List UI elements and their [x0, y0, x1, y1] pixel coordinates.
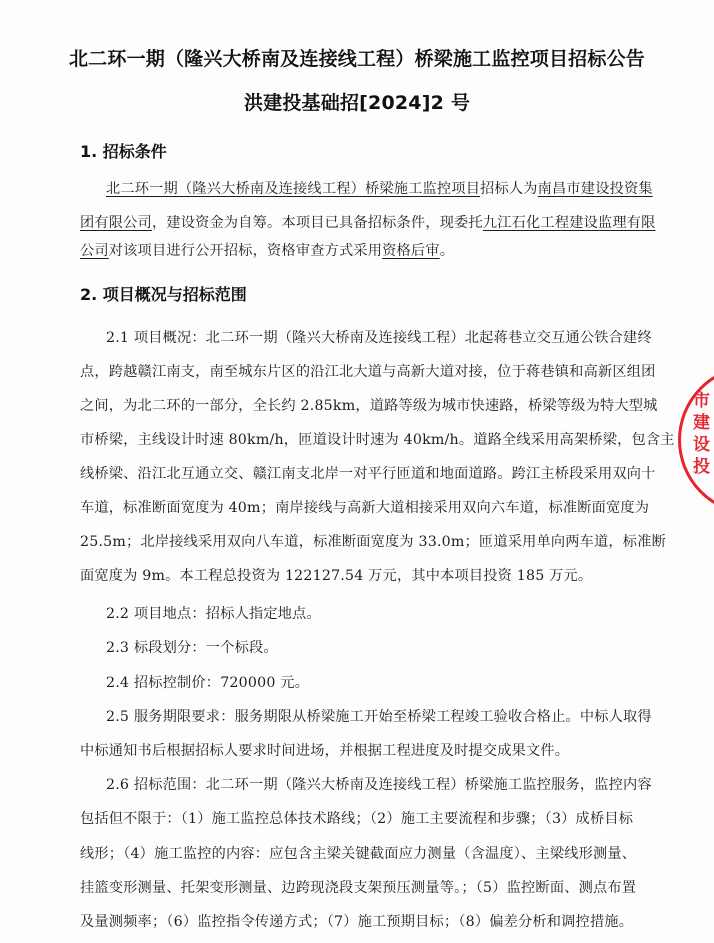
paragraph-line: 北二环一期（隆兴大桥南及连接线工程）桥梁施工监控项目招标人为南昌市建设投资集	[106, 178, 636, 198]
official-seal-stamp: 市建设投	[678, 365, 714, 515]
item-2-1-line: 线桥梁、沿江北互通立交、赣江南支北岸一对平行匝道和地面道路。跨江主桥段采用双向十	[80, 463, 610, 483]
item-2-6-line: 挂篮变形测量、托架变形测量、边跨现浇段支架预压测量等。；（5）监控断面、测点布置	[80, 877, 610, 897]
item-2-5-line: 2.5 服务期限要求：服务期限从桥梁施工开始至桥梁工程竣工验收合格止。中标人取得	[106, 706, 636, 726]
item-2-2: 2.2 项目地点：招标人指定地点。	[106, 603, 636, 623]
item-2-1-line: 车道，标准断面宽度为 40m；南岸接线与高新大道相接采用双向六车道，标准断面宽度…	[80, 497, 610, 517]
tenderer-name-underlined: 南昌市建设投资集	[538, 181, 653, 197]
item-2-1-line: 点，跨越赣江南支，南至城东片区的沿江北大道与高新大道对接，位于蒋巷镇和高新区组团	[80, 361, 610, 381]
tenderer-name-underlined: 团有限公司	[80, 215, 152, 231]
item-2-1-line: 2.1 项目概况：北二环一期（隆兴大桥南及连接线工程）北起蒋巷立交互通公铁合建终	[106, 327, 636, 347]
item-2-6-line: 2.6 招标范围：北二环一期（隆兴大桥南及连接线工程）桥梁施工监控服务，监控内容	[106, 774, 636, 794]
paragraph-line: 团有限公司，建设资金为自筹。本项目已具备招标条件，现委托九江石化工程建设监理有限	[80, 212, 610, 232]
item-2-6-line: 包括但不限于：（1）施工监控总体技术路线；（2）施工主要流程和步骤；（3）成桥目…	[80, 808, 610, 828]
qualification-method-underlined: 资格后审	[382, 243, 440, 259]
section-heading-2: 2. 项目概况与招标范围	[80, 282, 247, 305]
agency-name-underlined: 公司	[80, 243, 109, 259]
agency-name-underlined: 九江石化工程建设监理有限	[483, 215, 656, 231]
text-run: 对该项目进行公开招标，资格审查方式采用	[109, 243, 382, 259]
item-2-1-line: 面宽度为 9m。本工程总投资为 122127.54 万元，其中本项目投资 185…	[80, 565, 610, 585]
item-2-6-line: 线形；（4）施工监控的内容：应包含主梁关键截面应力测量（含温度）、主梁线形测量、	[80, 843, 610, 863]
document-number: 洪建投基础招[2024]2 号	[0, 88, 714, 115]
section-heading-1: 1. 招标条件	[80, 139, 167, 162]
item-2-5-line: 中标通知书后根据招标人要求时间进场，并根据工程进度及时提交成果文件。	[80, 740, 610, 760]
text-run: ，建设资金为自筹。本项目已具备招标条件，现委托	[152, 215, 483, 231]
item-2-1-line: 25.5m；北岸接线采用双向八车道，标准断面宽度为 33.0m；匝道采用单向两车…	[80, 531, 610, 551]
document-page: 北二环一期（隆兴大桥南及连接线工程）桥梁施工监控项目招标公告 洪建投基础招[20…	[0, 0, 714, 943]
item-2-3: 2.3 标段划分：一个标段。	[106, 637, 636, 657]
text-run: 招标人为	[480, 181, 538, 197]
item-2-4: 2.4 招标控制价：720000 元。	[106, 672, 636, 692]
item-2-1-line: 市桥梁，主线设计时速 80km/h，匝道设计时速为 40km/h。道路全线采用高…	[80, 429, 610, 449]
paragraph-line: 公司对该项目进行公开招标，资格审查方式采用资格后审。	[80, 240, 610, 260]
seal-text: 市建设投	[693, 390, 713, 478]
text-run: 。	[440, 243, 454, 259]
document-title: 北二环一期（隆兴大桥南及连接线工程）桥梁施工监控项目招标公告	[0, 44, 714, 71]
item-2-6-line: 及量测频率；（6）监控指令传递方式；（7）施工预期目标；（8）偏差分析和调控措施…	[80, 911, 610, 931]
item-2-1-line: 之间，为北二环的一部分，全长约 2.85km，道路等级为城市快速路，桥梁等级为特…	[80, 395, 610, 415]
project-name-underlined: 北二环一期（隆兴大桥南及连接线工程）桥梁施工监控项目	[106, 181, 480, 197]
